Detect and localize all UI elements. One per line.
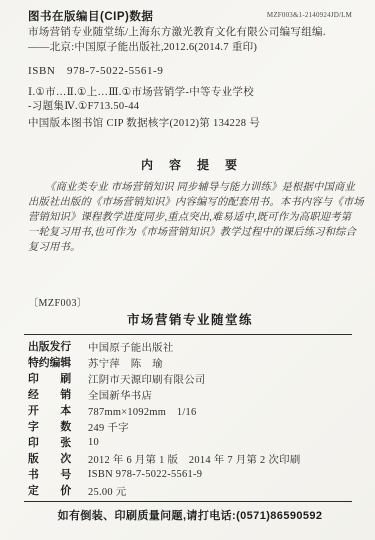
colophon-row-value: 江阴市天源印刷有限公司	[88, 371, 206, 386]
book-title: 市场营销专业随堂练	[28, 310, 352, 328]
colophon-row-distributor: 经 销 全国新华书店	[28, 386, 352, 402]
colophon-row-value: 2012 年 6 月第 1 版 2014 年 7 月第 2 次印刷	[88, 451, 301, 466]
summary-line: 出版社出版的《市场营销知识》内容编写的配套用书。本书内容与《市场	[28, 195, 352, 210]
summary-line: 营销知识》课程教学进度同步,重点突出,难易适中,既可作为高职迎考第	[28, 210, 352, 225]
colophon-row-label: 特约编辑	[28, 355, 88, 370]
catalog-code: MZF003&1-2140924JD/LM	[267, 11, 352, 19]
summary-line: 《商业类专业 市场营销知识 同步辅导与能力训练》是根据中国商业	[28, 180, 352, 195]
colophon-row-printer: 印 刷 江阴市天源印刷有限公司	[28, 370, 352, 386]
summary-paragraph: 《商业类专业 市场营销知识 同步辅导与能力训练》是根据中国商业 出版社出版的《市…	[28, 180, 352, 255]
colophon-row-label: 版 次	[28, 451, 88, 466]
horizontal-rule-top	[24, 334, 352, 335]
colophon-row-price: 定 价 25.00 元	[28, 482, 352, 498]
copyright-page: 图书在版编目(CIP)数据 MZF003&1-2140924JD/LM 市场营销…	[0, 0, 375, 540]
summary-heading: 内 容 提 要	[28, 156, 352, 173]
summary-line: 一轮复习用书,也可作为《市场营销知识》教学过程中的课后练习和综合	[28, 225, 352, 240]
colophon-row-value: 249 千字	[88, 419, 129, 434]
colophon-table: 出版发行 中国原子能出版社 特约编辑 苏宁萍 陈 瑜 印 刷 江阴市天源印刷有限…	[28, 338, 352, 498]
colophon-row-label: 书 号	[28, 467, 88, 482]
colophon-row-value: 全国新华书店	[88, 387, 152, 402]
colophon-row-format: 开 本 787mm×1092mm 1/16	[28, 402, 352, 418]
colophon-row-label: 经 销	[28, 387, 88, 402]
summary-line: 复习用书。	[28, 240, 352, 255]
colophon-row-value: ISBN 978-7-5022-5561-9	[88, 469, 202, 480]
book-code: 〔MZF003〕	[28, 294, 352, 309]
isbn-line: ISBN 978-7-5022-5561-9	[28, 64, 352, 79]
cip-top-row: 图书在版编目(CIP)数据 MZF003&1-2140924JD/LM	[28, 8, 352, 25]
colophon-row-label: 开 本	[28, 403, 88, 418]
colophon-row-isbn: 书 号 ISBN 978-7-5022-5561-9	[28, 466, 352, 482]
cip-classification-line-2: -习题集Ⅳ.①F713.50-44	[28, 100, 352, 114]
cip-record-number: 中国版本图书馆 CIP 数据核字(2012)第 134228 号	[28, 116, 352, 131]
cip-classification-line-1: Ⅰ.①市…Ⅱ.①上…Ⅲ.①市场营销学-中等专业学校	[28, 86, 352, 100]
colophon-row-value: 787mm×1092mm 1/16	[88, 403, 197, 418]
colophon-row-label: 印 张	[28, 435, 88, 450]
colophon-row-label: 字 数	[28, 419, 88, 434]
colophon-row-editor: 特约编辑 苏宁萍 陈 瑜	[28, 354, 352, 370]
colophon-row-sheets: 印 张 10	[28, 434, 352, 450]
colophon-row-publisher: 出版发行 中国原子能出版社	[28, 338, 352, 354]
colophon-row-label: 定 价	[28, 483, 88, 498]
cip-description-line-1: 市场营销专业随堂练/上海东方激光教育文化有限公司编写组编.	[28, 25, 352, 40]
quality-hotline: 如有倒装、印刷质量问题,请打电话:(0571)86590592	[28, 507, 352, 523]
cip-header: 图书在版编目(CIP)数据	[28, 8, 153, 24]
colophon-row-value: 10	[88, 437, 99, 448]
colophon-row-word-count: 字 数 249 千字	[28, 418, 352, 434]
colophon-row-label: 印 刷	[28, 371, 88, 386]
horizontal-rule-bottom	[24, 501, 352, 502]
colophon-row-edition: 版 次 2012 年 6 月第 1 版 2014 年 7 月第 2 次印刷	[28, 450, 352, 466]
cip-description-line-2: ——北京:中国原子能出版社,2012.6(2014.7 重印)	[28, 40, 352, 55]
colophon-row-value: 25.00 元	[88, 483, 126, 498]
colophon-row-value: 苏宁萍 陈 瑜	[88, 355, 163, 370]
colophon-row-value: 中国原子能出版社	[88, 339, 174, 354]
colophon-row-label: 出版发行	[28, 339, 88, 354]
